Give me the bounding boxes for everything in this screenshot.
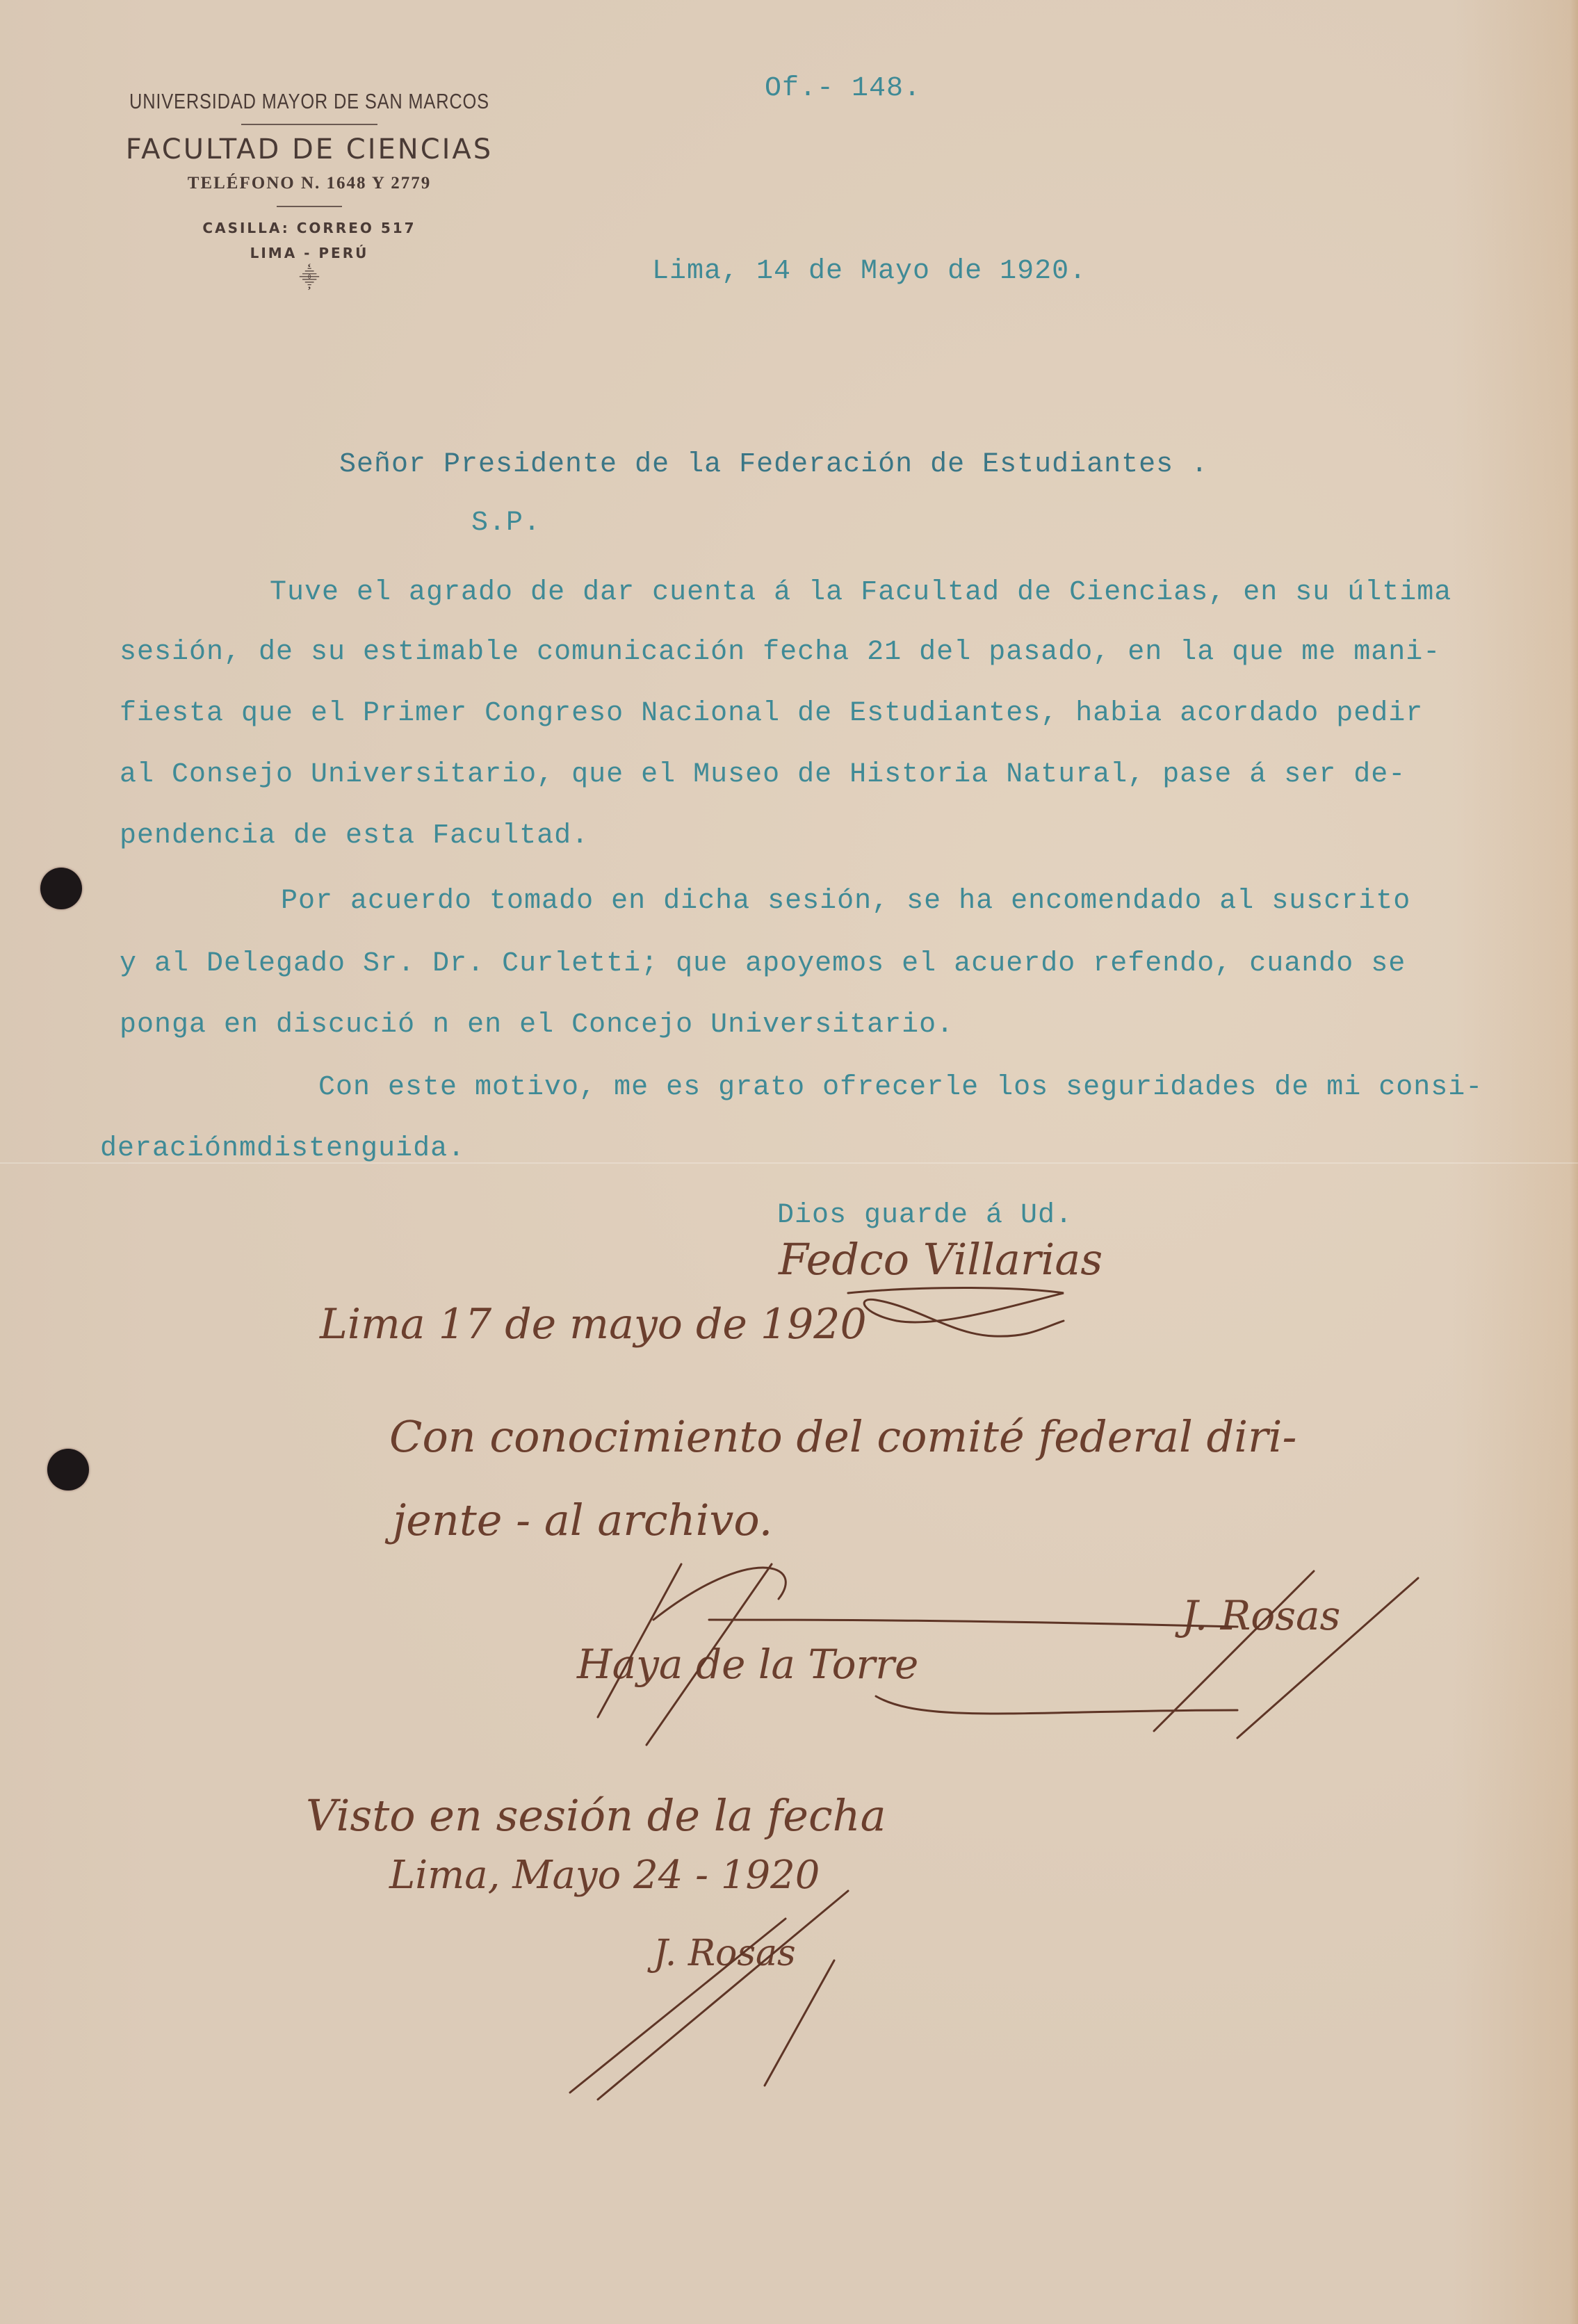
body-line: al Consejo Universitario, que el Museo d…: [120, 759, 1406, 790]
date-line: Lima, 14 de Mayo de 1920.: [652, 256, 1087, 287]
body-line: Tuve el agrado de dar cuenta á la Facult…: [270, 577, 1451, 608]
signature-strokes-2: [556, 1877, 904, 2106]
body-line: deraciónmdistenguida.: [100, 1133, 465, 1164]
body-line: pendencia de esta Facultad.: [120, 820, 589, 852]
closing: Dios guarde á Ud.: [777, 1200, 1073, 1231]
punch-hole-top: [40, 868, 82, 909]
annotation-line: jente - al archivo.: [393, 1495, 772, 1545]
signature-strokes: [542, 1550, 1446, 1759]
body-line: fiesta que el Primer Congreso Nacional d…: [120, 698, 1423, 729]
letterhead: UNIVERSIDAD MAYOR DE SAN MARCOS FACULTAD…: [76, 89, 542, 291]
body-line: sesión, de su estimable comunicación fec…: [120, 637, 1440, 668]
annotation-date: Lima 17 de mayo de 1920: [320, 1300, 867, 1349]
university-name: UNIVERSIDAD MAYOR DE SAN MARCOS: [118, 89, 500, 114]
punch-hole-bottom: [47, 1449, 89, 1490]
signature-flourish: [834, 1279, 1112, 1349]
letterhead-divider-short: [277, 206, 342, 207]
faculty-name: FACULTAD DE CIENCIAS: [76, 133, 542, 165]
annotation-seen: Visto en sesión de la fecha: [306, 1790, 886, 1841]
body-line: y al Delegado Sr. Dr. Curletti; que apoy…: [120, 948, 1406, 980]
body-line: Por acuerdo tomado en dicha sesión, se h…: [281, 886, 1410, 917]
body-line: Con este motivo, me es grato ofrecerle l…: [318, 1072, 1483, 1103]
reference-number: Of.- 148.: [765, 73, 921, 104]
body-line: ponga en discució n en el Concejo Univer…: [120, 1009, 954, 1041]
addressee: Señor Presidente de la Federación de Est…: [339, 449, 1208, 480]
telephone-line: TELÉFONO N. 1648 Y 2779: [76, 174, 542, 193]
city-line: LIMA - PERÚ: [76, 245, 542, 261]
mailbox-line: CASILLA: CORREO 517: [76, 220, 542, 236]
ornament-icon: ⸎: [76, 264, 542, 291]
signature-villarias: Fedco Villarias: [779, 1234, 1103, 1285]
annotation-line: Con conocimiento del comité federal diri…: [389, 1411, 1296, 1462]
letterhead-divider: [241, 124, 377, 125]
addressee-suffix: S.P.: [471, 507, 541, 539]
